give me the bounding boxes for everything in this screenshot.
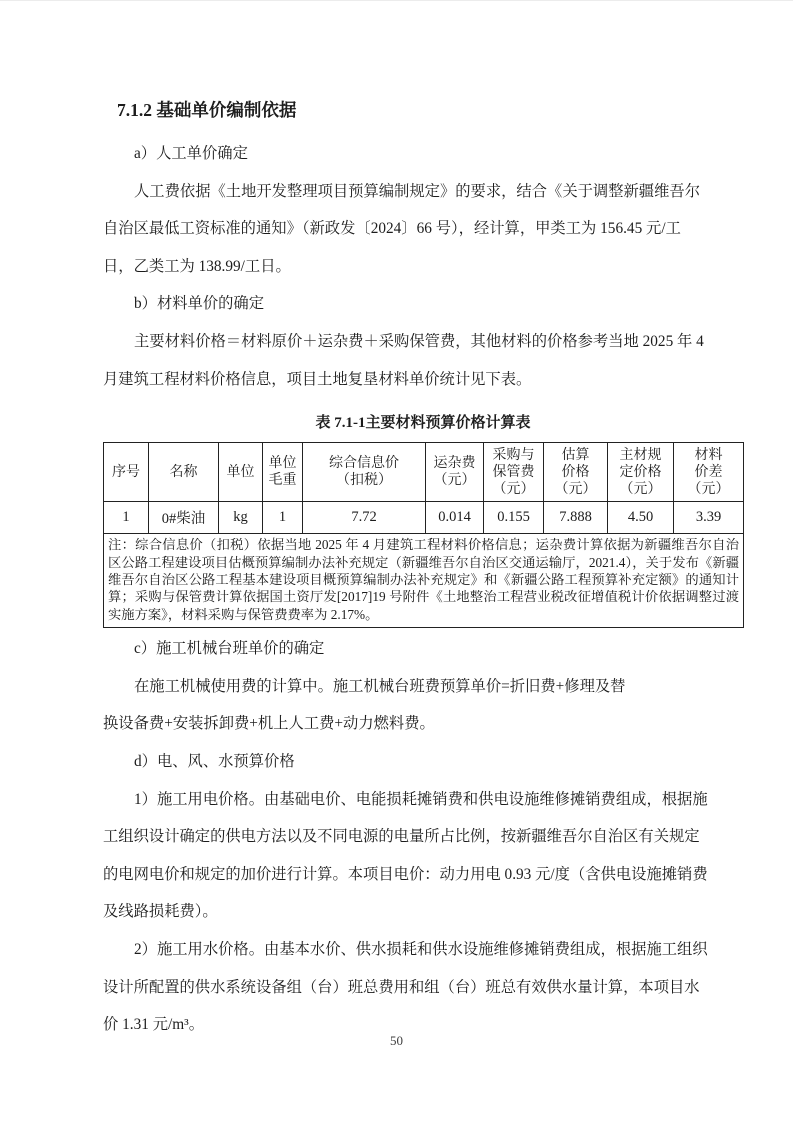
column-header-unit: 单位 (219, 443, 263, 502)
paragraphs-after-table: c）施工机械台班单价的确定 在施工机械使用费的计算中。施工机械台班费预算单价=折… (103, 630, 743, 1044)
list-item-b: b）材料单价的确定 (103, 285, 743, 323)
paragraph-line: 主要材料价格＝材料原价＋运杂费＋采购保管费，其他材料的价格参考当地 2025 年… (103, 323, 743, 361)
list-item-a: a）人工单价确定 (103, 135, 743, 173)
paragraph-line: 月建筑工程材料价格信息，项目土地复垦材料单价统计见下表。 (103, 361, 743, 399)
column-header-info-price: 综合信息价 （扣税） (303, 443, 426, 502)
page-content: 7.1.2 基础单价编制依据 a）人工单价确定 人工费依据《土地开发整理项目预算… (0, 1, 793, 1044)
section-heading: 7.1.2 基础单价编制依据 (117, 97, 743, 123)
table-note-row: 注：综合信息价（扣税）依据当地 2025 年 4 月建筑工程材料价格信息；运杂费… (104, 534, 744, 628)
cell-estimated-price: 7.888 (544, 502, 608, 534)
cell-procure-storage: 0.155 (484, 502, 544, 534)
page-number: 50 (0, 1033, 793, 1049)
column-header-procure-storage: 采购与 保管费 （元） (484, 443, 544, 502)
column-header-name: 名称 (149, 443, 219, 502)
paragraph-line: 2）施工用水价格。由基本水价、供水损耗和供水设施维修摊销费组成，根据施工组织 (103, 931, 743, 969)
cell-freight: 0.014 (426, 502, 484, 534)
table-row: 1 0#柴油 kg 1 7.72 0.014 0.155 7.888 4.50 … (104, 502, 744, 534)
paragraph-line: 工组织设计确定的供电方法以及不同电源的电量所占比例，按新疆维吾尔自治区有关规定 (103, 818, 743, 856)
list-item-d: d）电、风、水预算价格 (103, 743, 743, 781)
table-caption: 表 7.1-1主要材料预算价格计算表 (103, 404, 743, 442)
list-item-c: c）施工机械台班单价的确定 (103, 630, 743, 668)
cell-regulated-price: 4.50 (608, 502, 674, 534)
paragraph-line: 的电网电价和规定的加价进行计算。本项目电价：动力用电 0.93 元/度（含供电设… (103, 856, 743, 894)
document-page: 7.1.2 基础单价编制依据 a）人工单价确定 人工费依据《土地开发整理项目预算… (0, 0, 793, 1121)
table-note: 注：综合信息价（扣税）依据当地 2025 年 4 月建筑工程材料价格信息；运杂费… (104, 534, 744, 628)
cell-info-price: 7.72 (303, 502, 426, 534)
column-header-freight: 运杂费 （元） (426, 443, 484, 502)
material-price-table: 序号 名称 单位 单位 毛重 综合信息价 （扣税） 运杂费 （元） 采购与 保管… (103, 442, 744, 628)
paragraph-line: 设计所配置的供水系统设备组（台）班总费用和组（台）班总有效供水量计算，本项目水 (103, 969, 743, 1007)
column-header-estimated-price: 估算 价格 （元） (544, 443, 608, 502)
cell-price-diff: 3.39 (674, 502, 744, 534)
column-header-seq: 序号 (104, 443, 149, 502)
paragraph-line: 自治区最低工资标准的通知》（新政发〔2024〕66 号），经计算，甲类工为 15… (103, 210, 743, 248)
cell-seq: 1 (104, 502, 149, 534)
paragraph-line: 日，乙类工为 138.99/工日。 (103, 248, 743, 286)
paragraph-line: 人工费依据《土地开发整理项目预算编制规定》的要求，结合《关于调整新疆维吾尔 (103, 173, 743, 211)
column-header-regulated-price: 主材规 定价格 （元） (608, 443, 674, 502)
table-header-row: 序号 名称 单位 单位 毛重 综合信息价 （扣税） 运杂费 （元） 采购与 保管… (104, 443, 744, 502)
paragraph-line: 在施工机械使用费的计算中。施工机械台班费预算单价=折旧费+修理及替 (103, 668, 743, 706)
paragraphs-before-table: a）人工单价确定 人工费依据《土地开发整理项目预算编制规定》的要求，结合《关于调… (103, 135, 743, 398)
paragraph-line: 及线路损耗费）。 (103, 893, 743, 931)
paragraph-line: 换设备费+安装拆卸费+机上人工费+动力燃料费。 (103, 705, 743, 743)
column-header-price-diff: 材料 价差 （元） (674, 443, 744, 502)
cell-unit-weight: 1 (263, 502, 303, 534)
cell-unit: kg (219, 502, 263, 534)
column-header-unit-weight: 单位 毛重 (263, 443, 303, 502)
cell-name: 0#柴油 (149, 502, 219, 534)
paragraph-line: 1）施工用电价格。由基础电价、电能损耗摊销费和供电设施维修摊销费组成，根据施 (103, 781, 743, 819)
